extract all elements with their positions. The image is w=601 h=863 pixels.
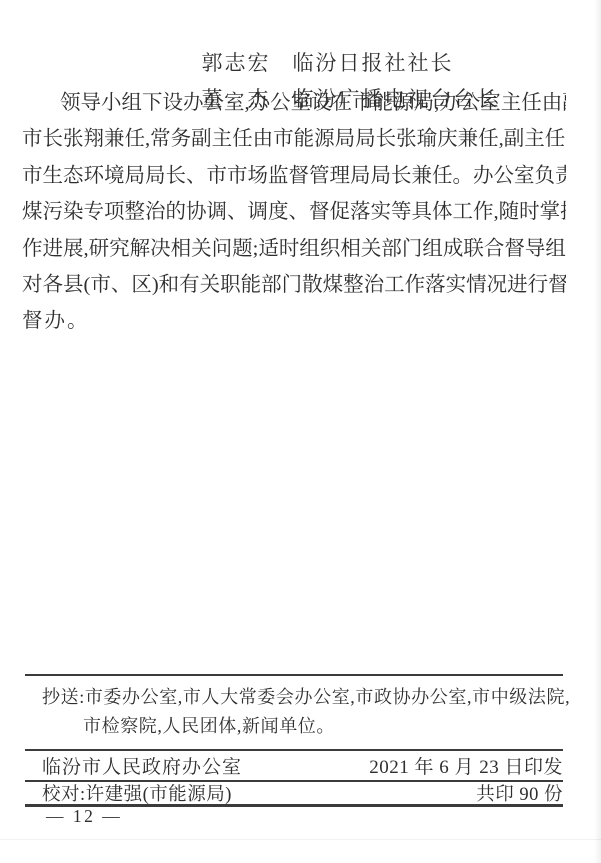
scan-edge-artifact [594, 0, 601, 863]
body-text-line: 市生态环境局局长、市市场监督管理局局长兼任。办公室负责散 [22, 158, 566, 194]
issuer-name: 临汾市人民政府办公室 [42, 752, 242, 779]
cc-label: 抄送: [42, 687, 85, 707]
appointee-title: 临汾日报社社长 [293, 51, 454, 75]
cc-line: 抄送:市委办公室,市人大常委会办公室,市政协办公室,市中级法院, [25, 683, 563, 712]
proofread-info: 校对:许建强(市能源局) [42, 780, 232, 806]
cc-recipients: 市委办公室,市人大常委会办公室,市政协办公室,市中级法院, [85, 687, 570, 707]
body-paragraph: 领导小组下设办公室,办公室设在市能源局,办公室主任由副 市长张翔兼任,常务副主任… [22, 85, 566, 340]
proofread-label: 校对: [42, 785, 86, 805]
body-text-line: 市长张翔兼任,常务副主任由市能源局局长张瑜庆兼任,副主任由 [22, 121, 566, 157]
document-footer: 抄送:市委办公室,市人大常委会办公室,市政协办公室,市中级法院, 市检察院,人民… [25, 674, 563, 807]
body-text-line: 作进展,研究解决相关问题;适时组织相关部门组成联合督导组, [22, 231, 566, 267]
page-number: — 12 — [46, 806, 122, 827]
body-text-line: 督办。 [22, 303, 566, 339]
cc-block: 抄送:市委办公室,市人大常委会办公室,市政协办公室,市中级法院, 市检察院,人民… [25, 674, 563, 749]
body-text-line: 对各县(市、区)和有关职能部门散煤整治工作落实情况进行督导 [22, 267, 566, 303]
appointment-list: 郭志宏临汾日报社社长 董 杰临汾广播电视台台长 [158, 8, 500, 81]
appointee-name: 郭志宏 [202, 51, 271, 75]
print-date: 2021 年 6 月 23 日印发 [369, 752, 563, 779]
body-text-line: 领导小组下设办公室,办公室设在市能源局,办公室主任由副 [22, 85, 566, 121]
scanned-document-page: 郭志宏临汾日报社社长 董 杰临汾广播电视台台长 领导小组下设办公室,办公室设在市… [0, 0, 601, 863]
issuer-row: 临汾市人民政府办公室 2021 年 6 月 23 日印发 [25, 749, 563, 780]
proofreader-name: 许建强(市能源局) [86, 785, 232, 805]
appointment-line: 郭志宏临汾日报社社长 [158, 8, 500, 45]
scan-line-artifact [0, 839, 601, 840]
proofread-row: 校对:许建强(市能源局) 共印 90 份 [25, 780, 563, 807]
copies-count: 共印 90 份 [476, 780, 563, 806]
cc-line: 市检察院,人民团体,新闻单位。 [25, 712, 563, 741]
body-text-line: 煤污染专项整治的协调、调度、督促落实等具体工作,随时掌握工 [22, 194, 566, 230]
